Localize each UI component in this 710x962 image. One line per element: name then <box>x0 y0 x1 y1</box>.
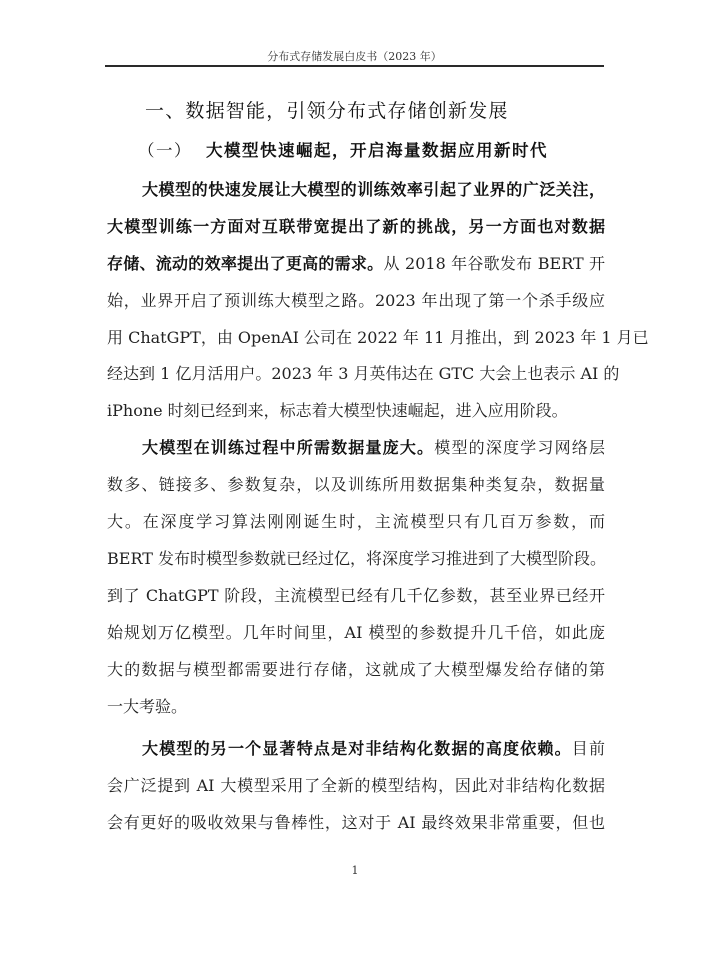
paragraph-1-line-3: 存储、流动的效率提出了更高的需求。从 2018 年谷歌发布 BERT 开 <box>107 252 605 276</box>
paragraph-1-line-1: 大模型的快速发展让大模型的训练效率引起了业界的广泛关注， <box>142 178 605 202</box>
emphasis-text: 大模型在训练过程中所需数据量庞大。 <box>142 438 434 457</box>
paragraph-3-line-3: 会有更好的吸收效果与鲁棒性，这对于 AI 最终效果非常重要，但也 <box>107 811 605 835</box>
paragraph-2-line-5: 到了 ChatGPT 阶段，主流模型已经有几千亿参数，甚至业界已经开 <box>107 584 605 608</box>
paragraph-2-line-1: 大模型在训练过程中所需数据量庞大。模型的深度学习网络层 <box>142 436 605 460</box>
body-text: 大的数据与模型都需要进行存储，这就成了大模型爆发给存储的第 <box>107 660 605 679</box>
body-text: 会有更好的吸收效果与鲁棒性，这对于 AI 最终效果非常重要，但也 <box>107 813 605 832</box>
paragraph-2-line-3: 大。在深度学习算法刚刚诞生时，主流模型只有几百万参数，而 <box>107 510 605 534</box>
subsection-heading: （一）大模型快速崛起，开启海量数据应用新时代 <box>138 137 548 161</box>
body-text: BERT 发布时模型参数就已经过亿，将深度学习推进到了大模型阶段。 <box>107 549 606 568</box>
body-text: 从 2018 年谷歌发布 BERT 开 <box>383 254 605 273</box>
body-text: 大。在深度学习算法刚刚诞生时，主流模型只有几百万参数，而 <box>107 512 605 531</box>
body-text: iPhone 时刻已经到来，标志着大模型快速崛起，进入应用阶段。 <box>107 401 568 420</box>
subsection-title: 大模型快速崛起，开启海量数据应用新时代 <box>206 141 548 160</box>
paragraph-1-line-7: iPhone 时刻已经到来，标志着大模型快速崛起，进入应用阶段。 <box>107 399 605 423</box>
subsection-number: （一） <box>138 141 192 160</box>
paragraph-1-line-6: 经达到 1 亿月活用户。2023 年 3 月英伟达在 GTC 大会上也表示 AI… <box>107 362 605 386</box>
header-rule <box>105 65 604 67</box>
paragraph-1-line-5: 用 ChatGPT，由 OpenAI 公司在 2022 年 11 月推出，到 2… <box>107 326 605 350</box>
body-text: 用 ChatGPT，由 OpenAI 公司在 2022 年 11 月推出，到 2… <box>107 328 649 347</box>
document-page: 分布式存储发展白皮书（2023 年） 一、数据智能，引领分布式存储创新发展 （一… <box>0 0 710 962</box>
emphasis-text: 大模型的快速发展让大模型的训练效率引起了业界的广泛关注， <box>142 180 605 199</box>
body-text: 始规划万亿模型。几年时间里，AI 模型的参数提升几千倍，如此庞 <box>107 623 605 642</box>
body-text: 始，业界开启了预训练大模型之路。2023 年出现了第一个杀手级应 <box>107 291 605 310</box>
body-text: 数多、链接多、参数复杂，以及训练所用数据集种类复杂，数据量 <box>107 475 605 494</box>
body-text: 目前 <box>572 739 605 758</box>
emphasis-text: 大模型的另一个显著特点是对非结构化数据的高度依赖。 <box>142 739 572 758</box>
body-text: 经达到 1 亿月活用户。2023 年 3 月英伟达在 GTC 大会上也表示 AI… <box>107 364 619 383</box>
paragraph-1-line-4: 始，业界开启了预训练大模型之路。2023 年出现了第一个杀手级应 <box>107 289 605 313</box>
body-text: 模型的深度学习网络层 <box>434 438 605 457</box>
paragraph-2-line-8: 一大考验。 <box>107 695 605 719</box>
body-text: 到了 ChatGPT 阶段，主流模型已经有几千亿参数，甚至业界已经开 <box>107 586 605 605</box>
paragraph-1-line-2: 大模型训练一方面对互联带宽提出了新的挑战，另一方面也对数据 <box>107 215 605 239</box>
section-heading: 一、数据智能，引领分布式存储创新发展 <box>145 96 509 123</box>
paragraph-2-line-2: 数多、链接多、参数复杂，以及训练所用数据集种类复杂，数据量 <box>107 473 605 497</box>
body-text: 一大考验。 <box>107 697 187 716</box>
body-text: 会广泛提到 AI 大模型采用了全新的模型结构，因此对非结构化数据 <box>107 776 605 795</box>
paragraph-2-line-6: 始规划万亿模型。几年时间里，AI 模型的参数提升几千倍，如此庞 <box>107 621 605 645</box>
paragraph-3-line-2: 会广泛提到 AI 大模型采用了全新的模型结构，因此对非结构化数据 <box>107 774 605 798</box>
paragraph-2-line-4: BERT 发布时模型参数就已经过亿，将深度学习推进到了大模型阶段。 <box>107 547 605 571</box>
paragraph-3-line-1: 大模型的另一个显著特点是对非结构化数据的高度依赖。目前 <box>142 737 605 761</box>
paragraph-2-line-7: 大的数据与模型都需要进行存储，这就成了大模型爆发给存储的第 <box>107 658 605 682</box>
page-number: 1 <box>345 864 365 877</box>
emphasis-text: 大模型训练一方面对互联带宽提出了新的挑战，另一方面也对数据 <box>107 217 605 236</box>
running-header: 分布式存储发展白皮书（2023 年） <box>105 48 604 64</box>
emphasis-text: 存储、流动的效率提出了更高的需求。 <box>107 254 383 273</box>
